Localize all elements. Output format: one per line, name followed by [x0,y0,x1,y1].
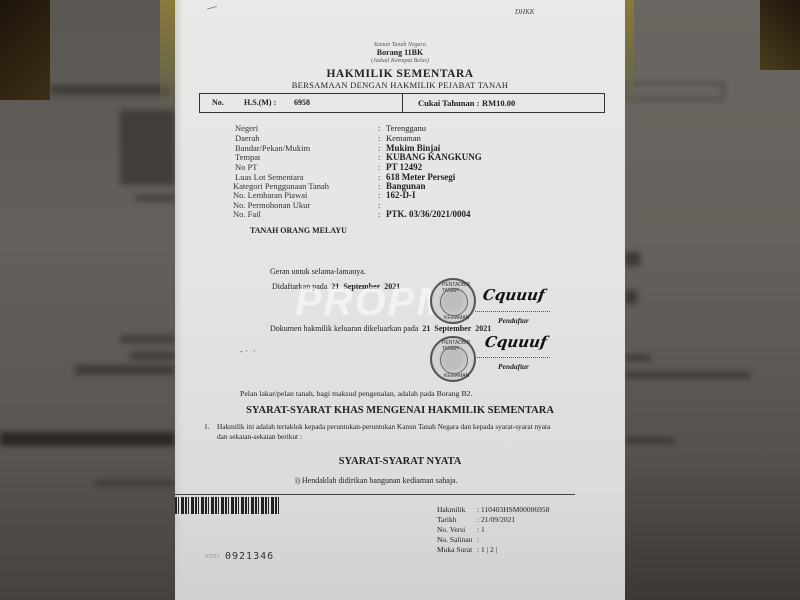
registrar-label: Pendaftar [498,362,529,371]
special-conditions-title: SYARAT-SYARAT KHAS MENGENAI HAKMILIK SEM… [175,405,625,416]
land-status: TANAH ORANG MELAYU [250,226,347,235]
cukai-value: RM10.00 [482,98,515,108]
issued-label: Dokumen hakmilik keluaran dikeluarkan pa… [270,324,418,333]
signature-line [475,311,550,312]
express-condition: i) Hendaklah didirikan bangunan kediaman… [295,476,458,485]
corner-code: DHKK [515,8,534,16]
no-label: No. [212,98,224,107]
land-office-seal: PENTADBIR TANAH KEMAMAN [430,278,476,324]
document-subtitle: BERSAMAAN DENGAN HAKMILIK PEJABAT TANAH [175,80,625,90]
field-value: PT 12492 [386,162,422,172]
field-label: No. Fail [233,209,261,219]
serial-number: 0921346 [225,551,274,562]
meta-value: : [477,535,479,544]
hs-value: 6958 [294,98,310,107]
field-colon: : [378,133,380,143]
divider [175,494,575,495]
clause-text: dan sekatan-sekatan berikut : [217,432,302,441]
field-value: KUBANG KANGKUNG [386,152,482,162]
field-label: Negeri [235,123,258,133]
meta-value: : 110403HSM00006958 [477,505,549,514]
field-value: Kemaman [386,133,421,143]
registrar-label: Pendaftar [498,316,529,325]
field-label: Tempat [235,152,260,162]
field-colon: : [378,190,380,200]
meta-label: Tarikh [437,515,456,524]
field-label: No PT [235,162,257,172]
meta-label: No. Salinan [437,535,472,544]
field-colon: : [378,162,380,172]
blurred-background-right [625,0,800,600]
meta-label: Hakmilik [437,505,465,514]
issued-date: Dokumen hakmilik keluaran dikeluarkan pa… [270,324,491,333]
pen-mark: — [206,1,219,14]
field-value: Terengganu [386,123,426,133]
field-colon: : [378,123,380,133]
land-office-seal: PENTADBIR TANAH KEMAMAN [430,336,476,382]
form-note: (Jadual Keempat Belas) [175,58,625,64]
issued-day: 21 [422,324,430,333]
plan-note: Pelan lakar/pelan tanah, bagi maksud pen… [240,389,473,398]
field-value: 162-D-I [386,190,416,200]
field-value: PTK. 03/36/2021/0004 [386,209,471,219]
field-colon: : [378,209,380,219]
field-colon: : [378,152,380,162]
form-name: Borang 11BK [175,48,625,57]
registrar-signature: Cquuuf [484,333,548,351]
ink-specks: - · · [240,346,256,356]
land-title-document: — DHKK Kanun Tanah Negara Borang 11BK (J… [175,0,625,600]
field-label: Daerah [235,133,260,143]
hs-label: H.S.(M) : [244,98,276,107]
title-number-box: No. H.S.(M) : 6958 Cukai Tahunan : RM10.… [199,93,605,113]
registrar-signature: Cquuuf [482,286,546,304]
issued-year: 2021 [475,324,491,333]
meta-value: : 1 [477,525,485,534]
serial-prefix: PTDT [205,554,220,560]
clause-text: Hakmilik ini adalah tertakluk kepada per… [217,422,550,431]
document-title: HAKMILIK SEMENTARA [175,68,625,80]
grant-text: Geran untuk selama-lamanya. [270,267,366,276]
clause-number: 1. [204,422,210,431]
meta-value: : 1 | 2 | [477,545,497,554]
blurred-background-left [0,0,175,600]
watermark: PROPM [295,280,452,325]
barcode [175,497,280,514]
cukai-label: Cukai Tahunan : [418,98,479,108]
meta-label: Muka Surat [437,545,472,554]
express-conditions-title: SYARAT-SYARAT NYATA [175,456,625,467]
meta-value: : 21/09/2021 [477,515,515,524]
background-corner [0,0,50,100]
background-corner [760,0,800,70]
meta-label: No. Versi [437,525,465,534]
issued-month: September [434,324,471,333]
signature-line [475,357,550,358]
field-label: No. Lembaran Piawai [233,190,307,200]
